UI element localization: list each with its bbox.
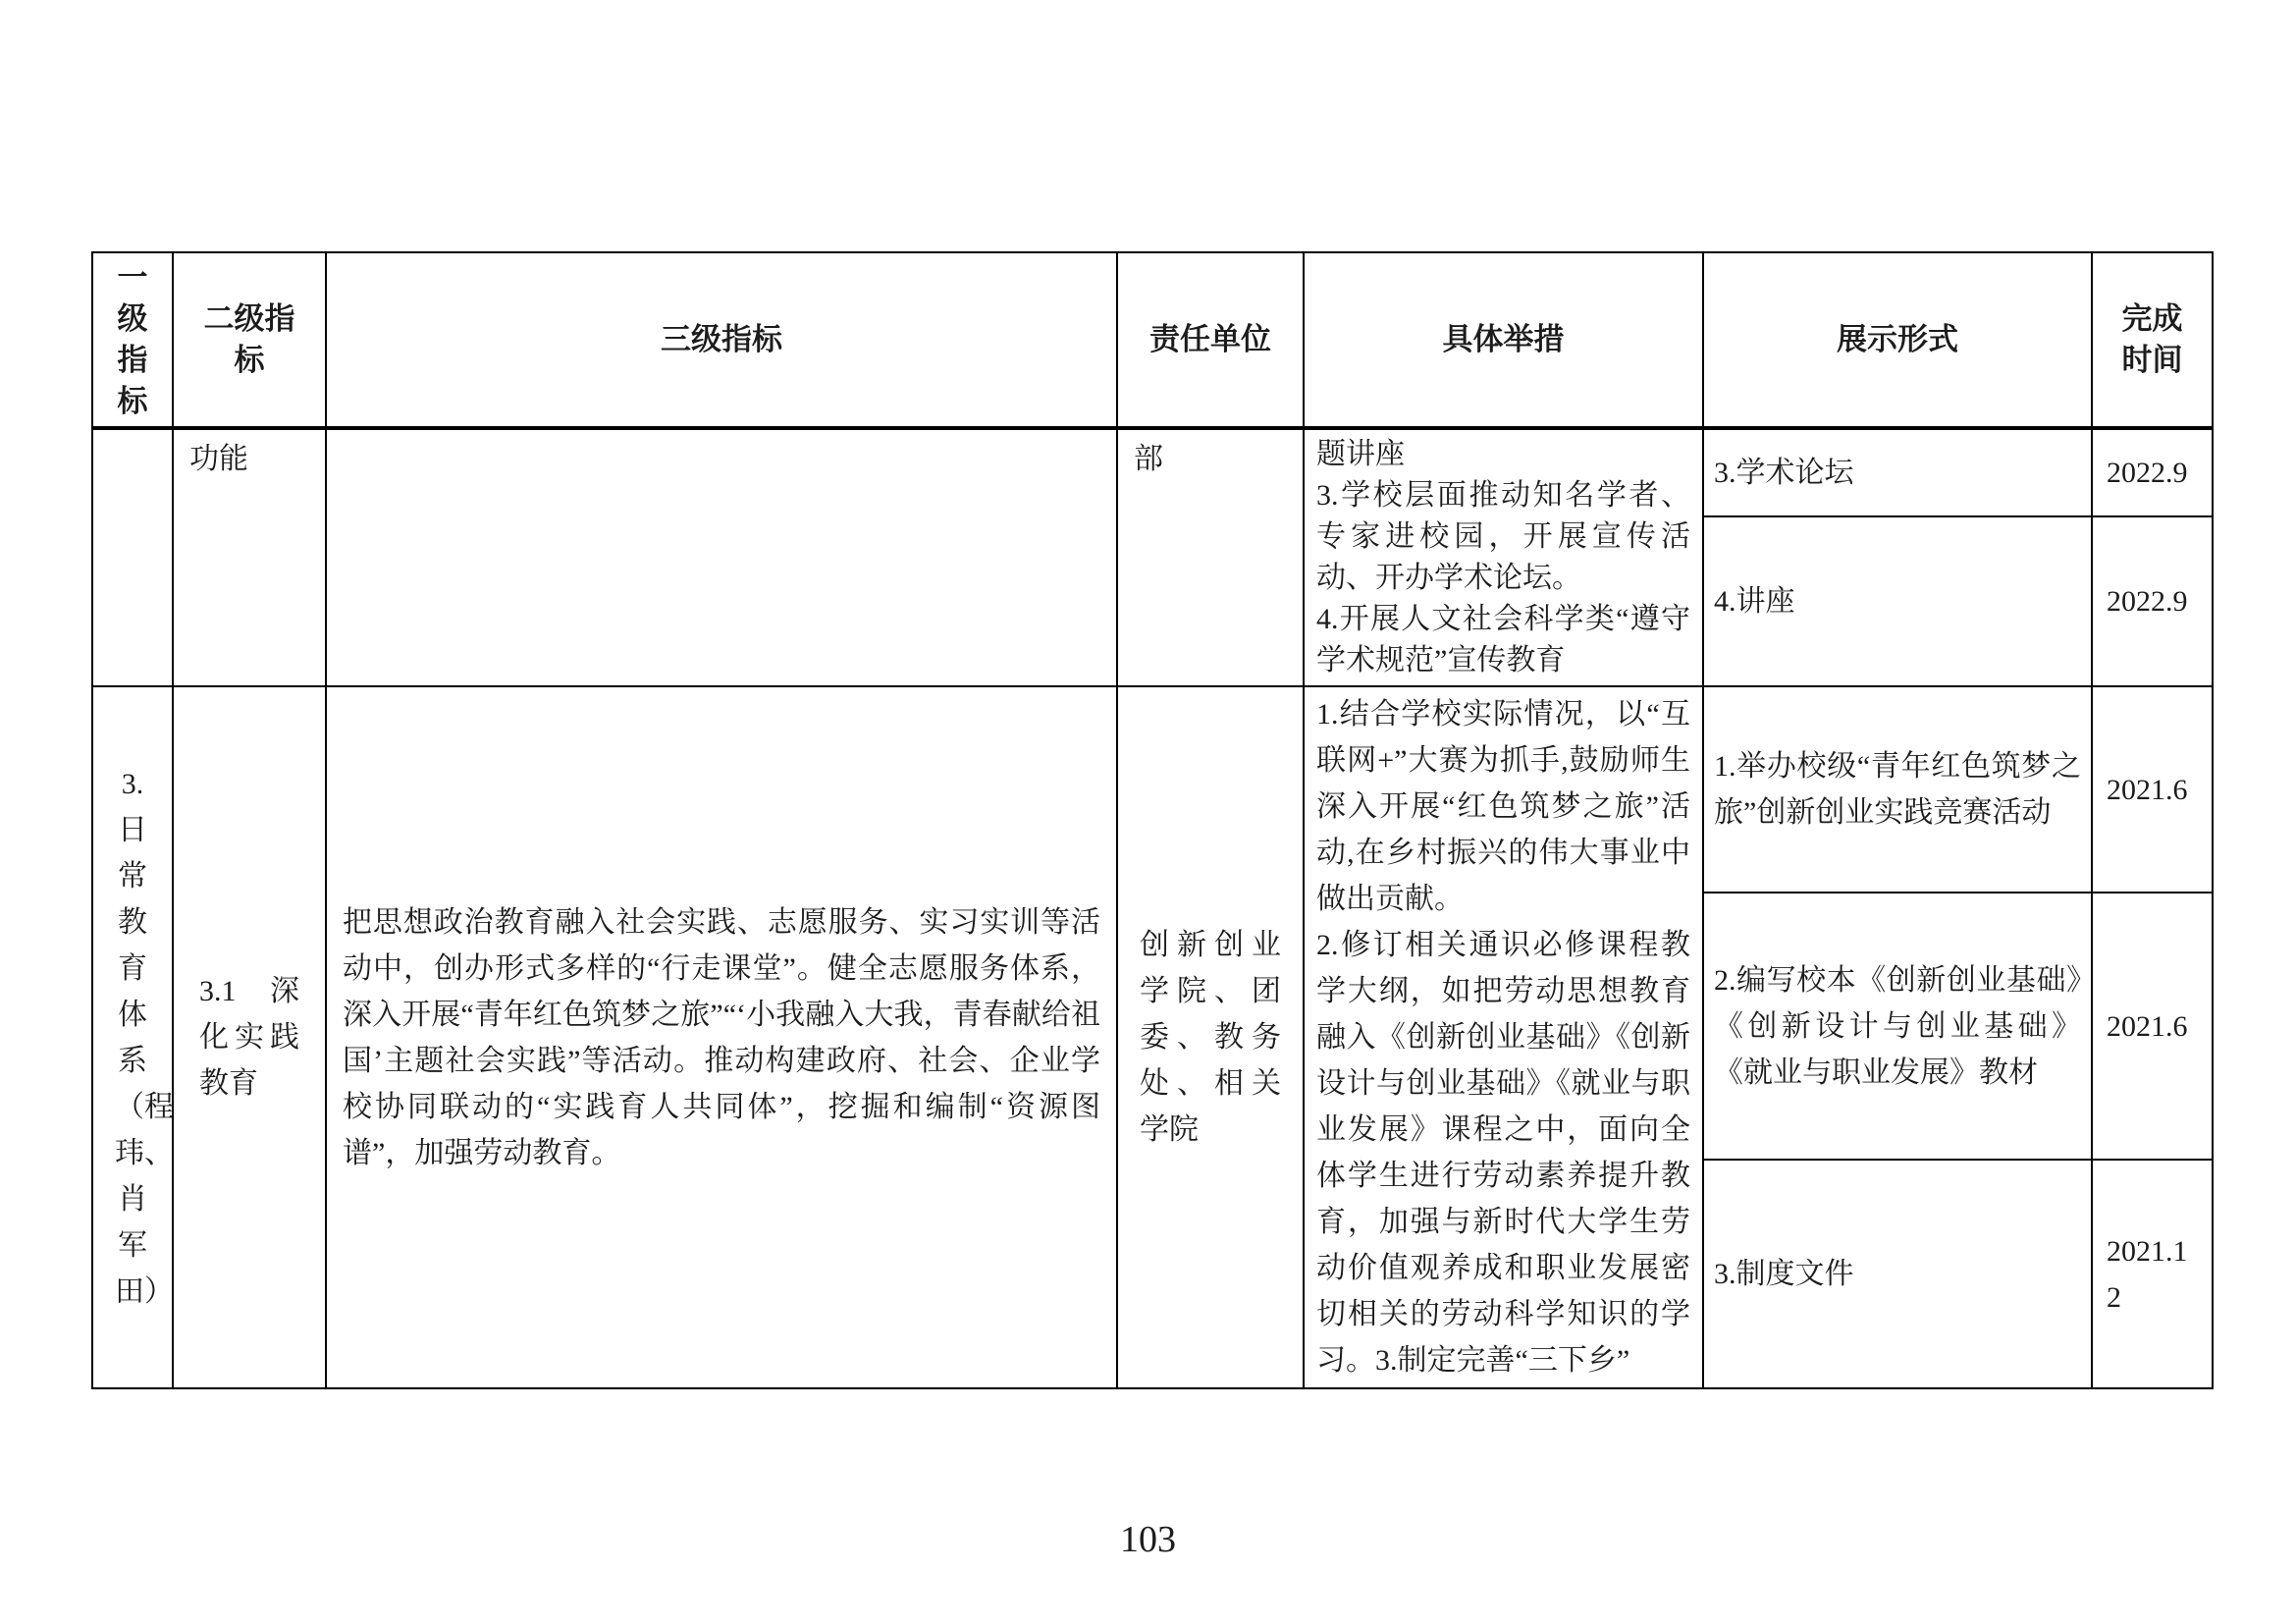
header-display-form: 展示形式	[1703, 252, 2092, 428]
cell-level2-continuation: 功能	[173, 428, 326, 686]
table-row-continuation: 功能 部 题讲座 3.学校层面推动知名学者、专家进校园，开展宣传活动、开办学术论…	[92, 428, 2213, 516]
cell-measures-continuation: 题讲座 3.学校层面推动知名学者、专家进校园，开展宣传活动、开办学术论坛。 4.…	[1304, 428, 1703, 686]
table-row-daily-education: 3.日常教育体系（程玮、肖军田） 3.1 深化实践教育 把思想政治教育融入社会实…	[92, 686, 2213, 893]
cell-display-form: 2.编写校本《创新创业基础》《创新设计与创业基础》《就业与职业发展》教材	[1703, 893, 2092, 1160]
cell-display-form: 3.学术论坛	[1703, 428, 2092, 516]
cell-level3-daily: 把思想政治教育融入社会实践、志愿服务、实习实训等活动中，创办形式多样的“行走课堂…	[326, 686, 1117, 1388]
measure-paragraph: 1.结合学校实际情况，以“互联网+”大赛为抓手,鼓励师生深入开展“红色筑梦之旅”…	[1316, 691, 1690, 922]
page-number: 103	[0, 1516, 2296, 1563]
header-level2: 二级指标	[173, 252, 326, 428]
header-responsible-unit: 责任单位	[1117, 252, 1304, 428]
cell-unit-daily: 创新创业学院、团委、教务处、相关学院	[1117, 686, 1304, 1388]
cell-level2-daily: 3.1 深化实践教育	[173, 686, 326, 1388]
cell-level1-continuation	[92, 428, 173, 686]
header-level3: 三级指标	[326, 252, 1117, 428]
header-measures: 具体举措	[1304, 252, 1703, 428]
cell-display-form: 3.制度文件	[1703, 1160, 2092, 1388]
cell-deadline: 2021.12	[2092, 1160, 2213, 1388]
cell-deadline: 2022.9	[2092, 428, 2213, 516]
cell-deadline: 2022.9	[2092, 516, 2213, 686]
cell-level1-daily: 3.日常教育体系（程玮、肖军田）	[92, 686, 173, 1388]
measure-paragraph: 4.开展人文社会科学类“遵守学术规范”宣传教育	[1316, 599, 1690, 681]
measure-paragraph: 3.学校层面推动知名学者、专家进校园，开展宣传活动、开办学术论坛。	[1316, 475, 1690, 599]
cell-level3-continuation	[326, 428, 1117, 686]
header-level1: 一级指标	[92, 252, 173, 428]
header-deadline: 完成时间	[2092, 252, 2213, 428]
cell-deadline: 2021.6	[2092, 686, 2213, 893]
measure-paragraph: 题讲座	[1316, 434, 1690, 475]
cell-deadline: 2021.6	[2092, 893, 2213, 1160]
cell-unit-continuation: 部	[1117, 428, 1304, 686]
document-page: 一级指标 二级指标 三级指标 责任单位 具体举措 展示形式 完成时间 功能 部 …	[0, 0, 2296, 1624]
cell-display-form: 1.举办校级“青年红色筑梦之旅”创新创业实践竞赛活动	[1703, 686, 2092, 893]
table-header-row: 一级指标 二级指标 三级指标 责任单位 具体举措 展示形式 完成时间	[92, 252, 2213, 428]
cell-display-form: 4.讲座	[1703, 516, 2092, 686]
cell-measures-daily: 1.结合学校实际情况，以“互联网+”大赛为抓手,鼓励师生深入开展“红色筑梦之旅”…	[1304, 686, 1703, 1388]
measure-paragraph: 2.修订相关通识必修课程教学大纲，如把劳动思想教育融入《创新创业基础》《创新设计…	[1316, 922, 1690, 1383]
indicator-table: 一级指标 二级指标 三级指标 责任单位 具体举措 展示形式 完成时间 功能 部 …	[91, 251, 2214, 1389]
